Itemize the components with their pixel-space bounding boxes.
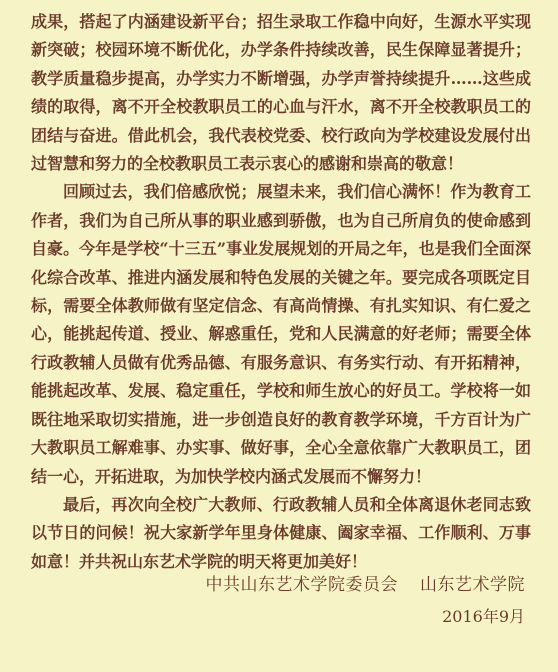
signature-institution: 山东艺术学院	[420, 575, 525, 595]
paragraph-greetings: 最后，再次向全校广大教师、行政教辅人员和全体离退休老同志致以节日的问候！祝大家新…	[31, 491, 531, 576]
paragraph-achievements: 成果，搭起了内涵建设新平台；招生录取工作稳中向好，生源水平实现新突破；校园环境不…	[31, 8, 531, 178]
signature-line: 中共山东艺术学院委员会山东艺术学院	[206, 572, 526, 598]
paragraph-outlook: 回顾过去，我们倍感欣悦；展望未来，我们信心满怀！作为教育工作者，我们为自己所从事…	[31, 178, 531, 490]
letter-date: 2016年9月	[442, 604, 525, 630]
letter-body: 成果，搭起了内涵建设新平台；招生录取工作稳中向好，生源水平实现新突破；校园环境不…	[31, 8, 531, 576]
signature-party-committee: 中共山东艺术学院委员会	[206, 575, 399, 595]
